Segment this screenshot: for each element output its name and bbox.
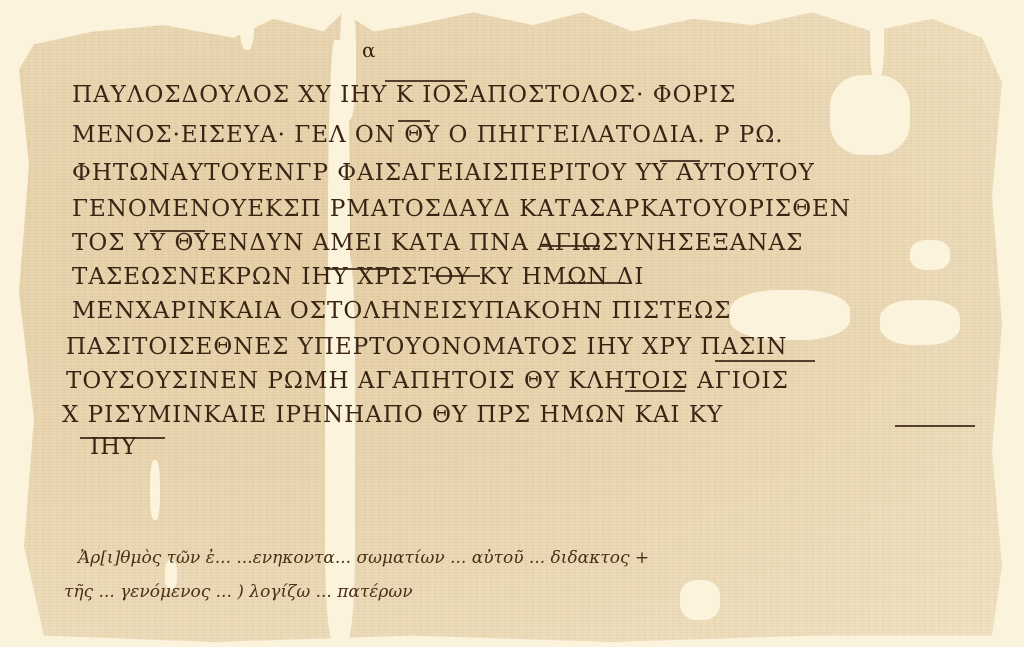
nomen-sacrum-overline [150,230,205,232]
text-line-7: ΜΕΝΧΑΡΙΝΚΑΙΑ ΟΣΤΟΛΗΝΕΙΣΥΠΑΚΟΗΝ ΠΙΣΤΕΩΣ [72,298,731,324]
text-line-3: ΦΗΤΩΝΑΥΤΟΥΕΝΓΡ ΦΑΙΣΑΓΕΙΑΙΣΠΕΡΙΤΟΥ ΥΥ ΑΥΤ… [72,160,815,186]
nomen-sacrum-overline [430,275,480,277]
papyrus-hole-left [150,460,160,520]
papyrus-hole-bottom-mid [680,580,720,620]
text-line-2: ΜΕΝΟΣ·ΕΙΣΕΥΑ· ΓΕΛ ΟΝ ΘΥ Ο ΠΗΓΓΕΙΛΑΤΟΔΙΑ.… [72,122,784,148]
nomen-sacrum-overline [895,425,975,427]
nomen-sacrum-overline [715,360,815,362]
text-line-5: ΤΟΣ ΥΥ ΘΥΕΝΔΥΝ ΑΜΕΙ ΚΑΤΑ ΠΝΑ ΑΓΙΩΣΥΝΗΣΕΞ… [72,230,803,256]
text-line-1: ΠΑΥΛΟΣΔΟΥΛΟΣ ΧΥ ΙΗΥ Κ ΙΟΣΑΠΟΣΤΟΛΟΣ· ΦΟΡΙ… [72,82,736,108]
nomen-sacrum-overline [660,160,700,162]
nomen-sacrum-overline [385,80,465,82]
text-line-4: ΓΕΝΟΜΕΝΟΥΕΚΣΠ ΡΜΑΤΟΣΔΑΥΔ ΚΑΤΑΣΑΡΚΑΤΟΥΟΡΙ… [72,196,851,222]
nomen-sacrum-overline [325,268,400,270]
papyrus-hole-upper-right [830,75,910,155]
cursive-line-1: Ἀρ[ι]θμὸς τῶν ἐ... ...ενηκοντα... σωματί… [78,548,649,568]
papyrus-hole-mid-right-3 [910,240,950,270]
papyrus-tear-right-edge [1005,0,1024,647]
nomen-sacrum-overline [625,390,685,392]
cursive-line-2: τῆς ... γενόμενος ... ) λογίζω ... πατέρ… [64,582,413,602]
column-marker: α [362,38,376,62]
papyrus-tear-right-top [870,0,884,80]
nomen-sacrum-overline [565,282,625,284]
papyrus-hole-mid-right-1 [730,290,850,340]
nomen-sacrum-overline [80,437,165,439]
nomen-sacrum-overline [398,120,430,122]
papyrus-hole-mid-right-2 [880,300,960,345]
text-line-10: Χ ΡΙΣΥΜΙΝΚΑΙΕ ΙΡΗΝΗΑΠΟ ΘΥ ΠΡΣ ΗΜΩΝ ΚΑΙ Κ… [62,402,723,428]
nomen-sacrum-overline [540,245,600,247]
papyrus-tear-left-top [240,0,254,50]
text-line-8: ΠΑΣΙΤΟΙΣΕΘΝΕΣ ΥΠΕΡΤΟΥΟΝΟΜΑΤΟΣ ΙΗΥ ΧΡΥ ΠΑ… [66,334,787,360]
